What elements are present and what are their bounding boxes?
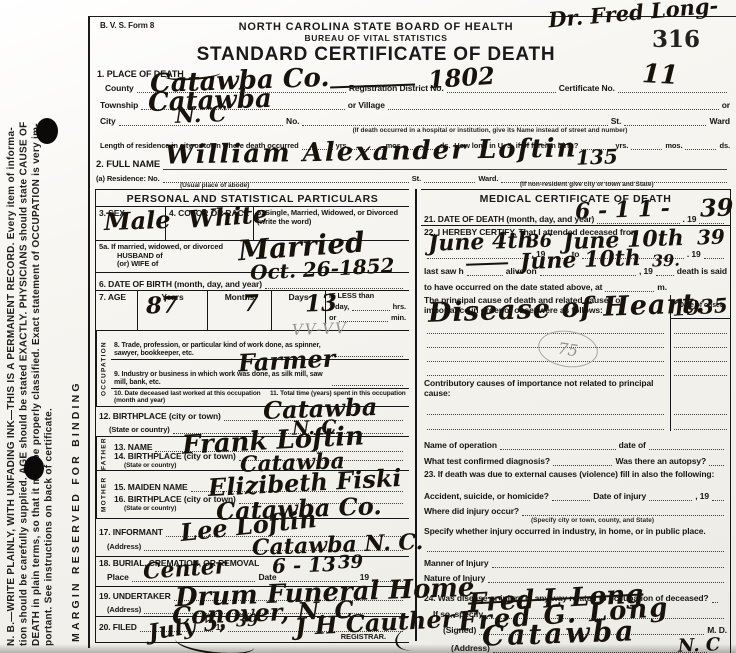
blank-line xyxy=(352,308,390,311)
certificate-no-value: 11 xyxy=(641,61,678,89)
margin-line: N. B.—WRITE PLAINLY, WITH UNFADING INK—T… xyxy=(6,24,19,646)
blank-line xyxy=(522,513,724,516)
date-of-death-value: 6 - 1 1 - xyxy=(575,197,671,222)
blank-line xyxy=(388,107,719,110)
physician-address-value: Catawba xyxy=(482,617,637,650)
punch-hole xyxy=(24,456,44,480)
blank-line xyxy=(302,123,607,126)
margin-rule xyxy=(88,16,90,648)
residence-label: (a) Residence: No. xyxy=(96,175,160,184)
certificate-no-label: Certificate No. xyxy=(559,84,615,94)
township-label: Township xyxy=(100,101,138,111)
diagnosis-row: What test confirmed diagnosis? Was there… xyxy=(421,451,730,467)
blank-line xyxy=(685,147,716,150)
margin-binding-label: MARGIN RESERVED FOR BINDING xyxy=(70,330,82,642)
accident-label: Accident, suicide, or homicide? xyxy=(424,492,549,502)
house-no-label: No. xyxy=(286,117,299,127)
maiden-name-label: 15. MAIDEN NAME xyxy=(114,483,188,493)
father-side-label: FATHER xyxy=(96,437,111,470)
onset-cell xyxy=(670,335,730,349)
occurred-label: to have occurred on the date stated abov… xyxy=(424,283,602,293)
onset-date-value: 1935 xyxy=(671,295,728,319)
race-value: White xyxy=(187,202,268,232)
onset-cell xyxy=(670,319,730,335)
age-months-header: Months xyxy=(208,291,272,330)
min-label: min. xyxy=(391,314,406,323)
blank-line xyxy=(712,498,724,501)
attended-from-value: June 4th xyxy=(428,229,534,255)
ward-label: Ward xyxy=(709,117,730,127)
city-label: City xyxy=(100,117,116,127)
date-of-label: date of xyxy=(619,441,646,451)
state-country-note: (State or country) xyxy=(109,426,170,435)
blank-line xyxy=(674,427,727,430)
age-years-value: 87 xyxy=(146,293,179,317)
district-value: 1802 xyxy=(427,64,495,93)
burial-place-value: Center xyxy=(142,555,227,583)
blank-line xyxy=(500,447,616,450)
sex-value: Male xyxy=(104,208,171,234)
death-certificate-scan: N. B.—WRITE PLAINLY, WITH UNFADING INK—T… xyxy=(0,0,736,653)
contributory-blank-line xyxy=(421,416,730,431)
blank-line xyxy=(656,273,674,276)
blank-row xyxy=(421,540,730,553)
test-label: What test confirmed diagnosis? xyxy=(424,457,550,467)
death-said-label: death is said xyxy=(677,267,727,277)
abode-note: (Usual place of abode) xyxy=(180,182,249,189)
ink-scratch xyxy=(466,257,508,265)
blank-line xyxy=(624,123,706,126)
birthplace-label: 12. BIRTHPLACE (city or town) xyxy=(99,412,221,422)
onset-cell xyxy=(670,401,730,416)
full-name-label: 2. FULL NAME xyxy=(96,160,160,171)
blank-line xyxy=(674,412,727,415)
manner-row: Manner of Injury xyxy=(421,553,730,569)
if-less-label: IF LESS than xyxy=(329,292,406,301)
blank-line xyxy=(467,273,503,276)
specify-injury-label: Specify whether injury occurred in indus… xyxy=(421,526,730,540)
burial-date-value: 6 - 13 xyxy=(272,554,337,576)
trade-pencil-marks: VV-VV xyxy=(292,321,348,338)
onset-cell xyxy=(670,377,730,401)
printed-19: , 19 xyxy=(695,492,709,502)
mother-side-label: MOTHER xyxy=(96,471,111,518)
onset-cell xyxy=(670,416,730,431)
pencil-code-value: 75 xyxy=(557,338,580,360)
blank-line xyxy=(649,498,692,501)
physician-address-state: N. C xyxy=(678,636,721,653)
filed-label: 20. FILED xyxy=(99,623,137,633)
occupation-side-label: OCCUPATION xyxy=(96,331,111,406)
blank-line xyxy=(553,463,613,466)
blank-line xyxy=(332,354,403,357)
printed-19: . 19 xyxy=(683,215,697,225)
street-label: St. xyxy=(412,175,421,184)
county-label: County xyxy=(105,84,134,94)
blank-line xyxy=(704,256,724,259)
onset-cell xyxy=(670,349,730,363)
operation-row: Name of operation date of xyxy=(421,431,730,451)
full-name-value: William Alexander Loftin xyxy=(165,135,578,168)
village-label: or Village xyxy=(348,101,385,111)
blank-line xyxy=(709,463,724,466)
burial-year-value: 39 xyxy=(338,554,364,573)
operation-label: Name of operation xyxy=(424,441,497,451)
last-saw-year-value: 39. xyxy=(652,253,680,270)
punch-hole xyxy=(36,118,58,144)
address-note: (Address) xyxy=(107,543,141,552)
autopsy-label: Was there an autopsy? xyxy=(615,457,706,467)
informant-label: 17. INFORMANT xyxy=(99,528,163,538)
blank-line xyxy=(332,383,403,386)
ward-label: Ward. xyxy=(478,175,498,184)
blank-line xyxy=(631,147,662,150)
contributory-row: Contributory causes of importance not re… xyxy=(421,377,730,401)
nonresident-note: (If non-resident give city or town and S… xyxy=(520,181,654,188)
blank-line xyxy=(674,359,727,362)
industry-value: Farmer xyxy=(237,346,335,375)
date-of-death-label: 21. DATE OF DEATH (month, day, and year) xyxy=(424,215,594,225)
certificate-stamp-number: 316 xyxy=(652,26,700,53)
accident-row: Accident, suicide, or homicide? Date of … xyxy=(421,486,730,502)
age-months-value: 7 xyxy=(243,292,260,316)
bureau-title: BUREAU OF VITAL STATISTICS xyxy=(96,33,656,43)
blank-line xyxy=(427,549,724,552)
date-of-death-year: 39 xyxy=(700,195,734,220)
blank-line xyxy=(674,345,727,348)
printed-19: . 19 xyxy=(687,250,701,260)
where-injury-label: Where did injury occur? xyxy=(424,507,519,517)
margin-line: DEATH in plain terms, so that it may be … xyxy=(31,24,44,646)
hrs-label: hrs. xyxy=(393,303,406,312)
injury-date-label: Date of injury xyxy=(593,492,646,502)
or-label: or xyxy=(722,101,730,111)
onset-cell xyxy=(670,363,730,377)
undertaker-label: 19. UNDERTAKER xyxy=(99,592,171,602)
filed-year-value: 39 xyxy=(236,613,259,630)
hospital-note: (If death occurred in a hospital or inst… xyxy=(290,127,690,134)
external-causes-label: 23. If death was due to external causes … xyxy=(421,467,730,486)
where-injury-row: Where did injury occur? xyxy=(421,502,730,517)
city-value: N. C xyxy=(175,103,227,127)
blank-line xyxy=(427,427,664,430)
blank-line xyxy=(649,447,724,450)
blank-line xyxy=(674,373,727,376)
contributory-blank-line xyxy=(421,401,730,416)
address-note: (Address) xyxy=(107,606,141,615)
blank-line xyxy=(427,373,664,376)
residence-number-value: 135 xyxy=(576,146,618,167)
attended-to-year: 39 xyxy=(697,227,726,248)
burial-place-label: Place xyxy=(107,573,129,583)
blank-line xyxy=(424,180,475,183)
street-label: St. xyxy=(611,117,622,127)
certificate-title: STANDARD CERTIFICATE OF DEATH xyxy=(96,44,656,66)
mos-label: mos. xyxy=(665,142,682,151)
blank-line xyxy=(712,600,718,603)
age-days-value: 13 xyxy=(305,291,338,315)
blank-line xyxy=(552,498,590,501)
margin-line: tion should be carefully supplied. AGE s… xyxy=(19,24,32,646)
manner-label: Manner of Injury xyxy=(424,559,489,569)
age-label: 7. AGE xyxy=(96,291,138,330)
blank-line xyxy=(674,331,727,334)
last-saw-label: last saw h xyxy=(424,267,464,277)
where-injury-note: (Specify city or town, county, and State… xyxy=(421,517,730,526)
contributory-label: Contributory causes of importance not re… xyxy=(421,377,670,401)
last-saw-date-value: June 10th xyxy=(520,247,642,273)
dob-label: 6. DATE OF BIRTH (month, day, and year) xyxy=(99,280,262,290)
ds-label: ds. xyxy=(719,142,730,151)
blank-line xyxy=(427,412,664,415)
blank-line xyxy=(492,565,724,568)
column-divider xyxy=(415,189,417,641)
